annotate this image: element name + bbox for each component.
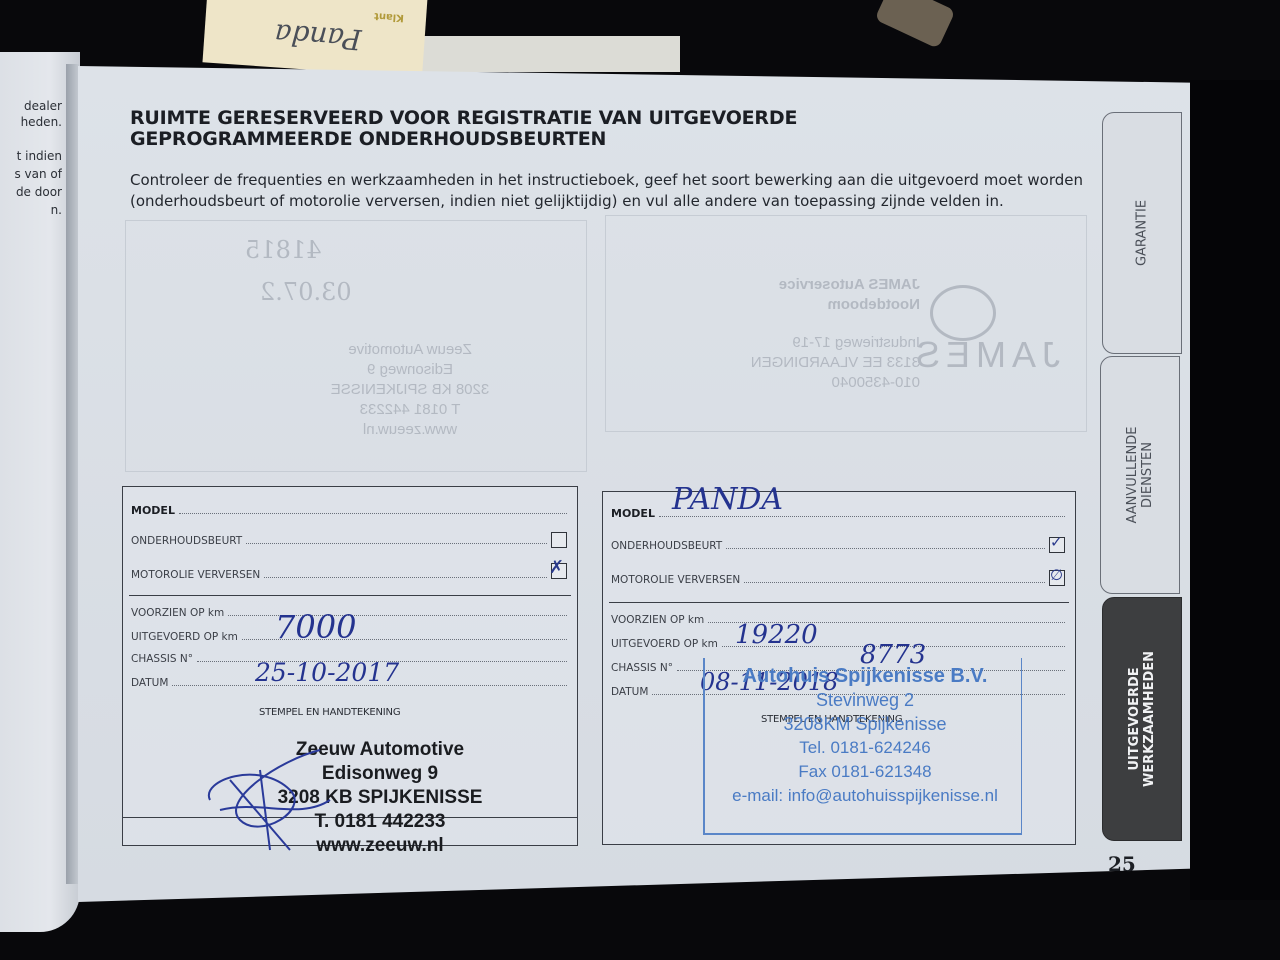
service-label: ONDERHOUDSBEURT — [131, 535, 246, 547]
stamp-line: Stevinweg 2 — [700, 688, 1030, 712]
instructions-text: Controleer de frequenties en werkzaamhed… — [130, 170, 1090, 212]
ghost-stamp: Zeeuw Automotive Edisonweg 9 3208 KB SPI… — [310, 340, 510, 440]
oil-checkbox[interactable]: ✗ — [551, 563, 567, 579]
stamp-line: e-mail: info@autohuisspijkenisse.nl — [700, 784, 1030, 808]
left-page-line: de door — [2, 184, 62, 200]
tab-label-line: DIENSTEN — [1140, 427, 1155, 524]
tab-uitgevoerde-werkzaamheden[interactable]: UITGEVOERDE WERKZAAMHEDEN — [1102, 597, 1182, 841]
stamp-line: 3208KM Spijkenisse — [700, 712, 1030, 736]
ghost-stamp-line: T 0181 442233 — [310, 400, 510, 420]
page-number: 25 — [1108, 852, 1136, 876]
left-page-line: heden. — [2, 114, 62, 130]
ghost-handwriting: 41815 — [245, 240, 321, 260]
service-checkbox[interactable] — [551, 532, 567, 548]
done-km-value[interactable]: 19220 — [735, 620, 818, 650]
sticky-note-label: Klant — [374, 10, 405, 23]
model-label: MODEL — [611, 507, 659, 520]
tab-label: AANVULLENDE DIENSTEN — [1125, 427, 1155, 524]
ghost-stamp-line: JAMES Autoservice — [720, 275, 920, 295]
service-label: ONDERHOUDSBEURT — [611, 540, 726, 552]
tab-label-line: WERKZAAMHEDEN — [1142, 651, 1157, 787]
paper-slip — [380, 36, 680, 72]
left-page-line: s van of — [2, 166, 62, 182]
planned-km-row: VOORZIEN OP km — [611, 608, 1065, 626]
service-row: ONDERHOUDSBEURT — [611, 534, 1045, 552]
sticky-note: Klant Panda — [202, 0, 427, 78]
page-heading-line2: GEPROGRAMMEERDE ONDERHOUDSBEURTEN — [130, 129, 797, 150]
done-km-label: UITGEVOERD OP km — [131, 631, 242, 643]
service-row: ONDERHOUDSBEURT — [131, 529, 547, 547]
dealer-stamp: Autohuis Spijkenisse B.V. Stevinweg 2 32… — [700, 664, 1030, 808]
service-checkbox[interactable]: ✓ — [1049, 537, 1065, 553]
oil-label: MOTOROLIE VERVERSEN — [131, 569, 264, 581]
stamp-line: Tel. 0181-624246 — [700, 736, 1030, 760]
tab-label-line: UITGEVOERDE — [1127, 651, 1142, 787]
done-km-row: UITGEVOERD OP km — [611, 632, 1065, 650]
divider — [129, 595, 571, 596]
divider — [609, 602, 1069, 603]
model-label: MODEL — [131, 504, 179, 517]
page-heading: RUIMTE GERESERVEERD VOOR REGISTRATIE VAN… — [130, 108, 797, 150]
tab-garantie[interactable]: GARANTIE — [1102, 112, 1182, 354]
book-gutter — [66, 64, 80, 884]
oil-checkbox[interactable]: ∅ — [1049, 570, 1065, 586]
ghost-stamp-line: 3208 KB SPIJKENISSE — [310, 380, 510, 400]
tab-label: UITGEVOERDE WERKZAAMHEDEN — [1127, 651, 1157, 787]
done-km-label: UITGEVOERD OP km — [611, 638, 722, 650]
signature — [200, 740, 340, 860]
date-label: DATUM — [131, 677, 172, 689]
oil-row: MOTOROLIE VERVERSEN — [131, 563, 547, 581]
tab-label: GARANTIE — [1135, 200, 1150, 266]
sticky-note-handwriting: Panda — [273, 17, 362, 56]
ghost-logo-circle — [930, 285, 996, 341]
model-row: MODEL — [131, 499, 567, 517]
left-page-line: dealer — [2, 98, 62, 114]
stamp-signature-label: STEMPEL EN HANDTEKENING — [259, 707, 400, 718]
ghost-stamp-line: 010-4350040 — [720, 373, 920, 393]
checkmark-x-icon: ✗ — [549, 558, 564, 578]
date-value[interactable]: 25-10-2017 — [255, 658, 399, 687]
left-page-line: n. — [2, 202, 62, 218]
chassis-label: CHASSIS N° — [131, 653, 197, 665]
tab-aanvullende-diensten[interactable]: AANVULLENDE DIENSTEN — [1100, 356, 1180, 594]
checkmark-icon: ∅ — [1050, 565, 1063, 585]
ghost-stamp-line: Nootdeboom — [720, 295, 920, 315]
planned-km-label: VOORZIEN OP km — [131, 607, 228, 619]
background-shadow — [1190, 80, 1280, 900]
ghost-stamp-line: Industrieweg 17-19 — [720, 333, 920, 353]
model-value[interactable]: PANDA — [672, 482, 783, 517]
car-key — [874, 0, 955, 49]
stamp-line: Fax 0181-621348 — [700, 760, 1030, 784]
tab-label-line: AANVULLENDE — [1125, 427, 1140, 524]
stamp-line: Autohuis Spijkenisse B.V. — [700, 664, 1030, 688]
ghost-stamp-line: www.zeeuw.nl — [310, 420, 510, 440]
oil-row: MOTOROLIE VERVERSEN — [611, 568, 1045, 586]
ghost-logo: JAMES — [910, 345, 1060, 365]
ghost-stamp-line: Zeeuw Automotive — [310, 340, 510, 360]
chassis-label: CHASSIS N° — [611, 662, 677, 674]
date-label: DATUM — [611, 686, 652, 698]
left-page-line: t indien — [2, 148, 62, 164]
ghost-stamp: JAMES Autoservice Nootdeboom Industriewe… — [720, 275, 920, 393]
ghost-stamp-line: 3133 EE VLAARDINGEN — [720, 353, 920, 373]
planned-km-label: VOORZIEN OP km — [611, 614, 708, 626]
ghost-stamp-line: Edisonweg 9 — [310, 360, 510, 380]
checkmark-icon: ✓ — [1050, 532, 1063, 552]
oil-label: MOTOROLIE VERVERSEN — [611, 574, 744, 586]
page-heading-line1: RUIMTE GERESERVEERD VOOR REGISTRATIE VAN… — [130, 108, 797, 129]
ghost-handwriting: 03.07.2 — [260, 282, 352, 302]
done-km-value[interactable]: 7000 — [275, 608, 356, 646]
